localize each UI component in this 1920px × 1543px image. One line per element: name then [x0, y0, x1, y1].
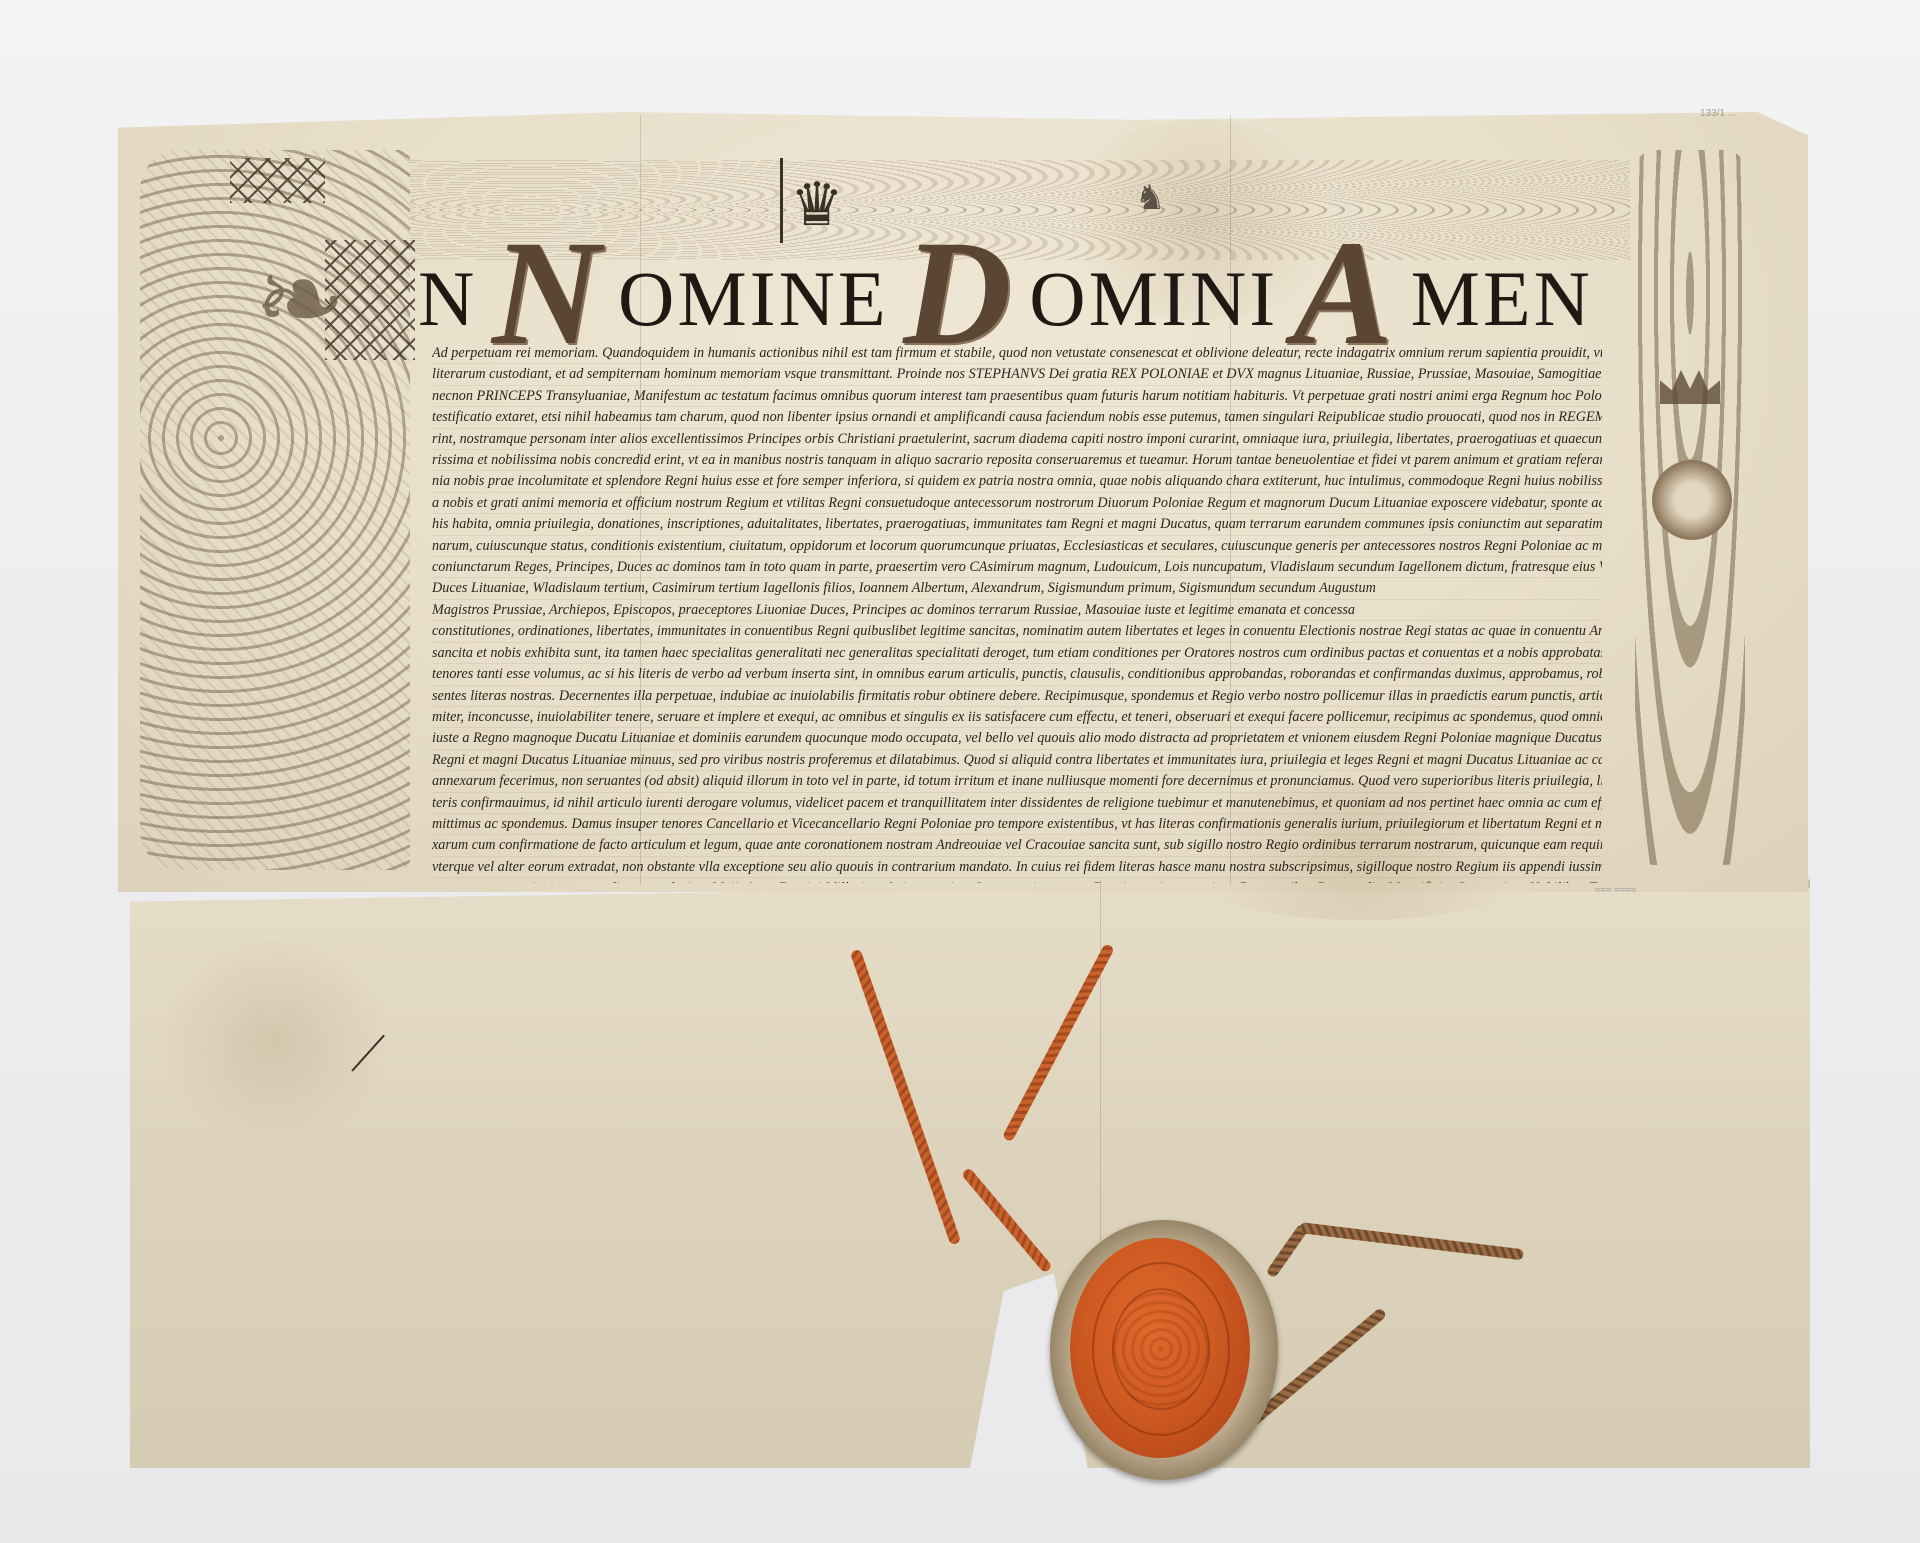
- text-line: Duces Lituaniae, Wladislaum tertium, Cas…: [432, 578, 1602, 599]
- crease-line: [1100, 880, 1101, 1300]
- charter-body-text: Ad perpetuam rei memoriam. Quandoquidem …: [432, 343, 1602, 883]
- text-line: coniunctarum Reges, Principes, Duces ac …: [432, 557, 1602, 578]
- text-line: a nobis et grati animi memoria et offici…: [432, 493, 1602, 514]
- text-line: nia nobis prae incolumitate et splendore…: [432, 471, 1602, 492]
- crowned-eagle-icon: ❧: [245, 225, 355, 375]
- text-line: annexarum fecerimus, non seruantes (od a…: [432, 771, 1602, 792]
- text-line: necnon PRINCEPS Transyluaniae, Manifestu…: [432, 386, 1602, 407]
- text-line: literarum custodiant, et ad sempiternam …: [432, 364, 1602, 385]
- text-line: conuentu coronationis nostrae die quarta…: [432, 878, 1602, 883]
- text-line: rissima et nobilissima nobis concredid e…: [432, 450, 1602, 471]
- text-line: his habita, omnia priuilegia, donationes…: [432, 514, 1602, 535]
- title-word: OMINI: [1029, 260, 1278, 338]
- text-line: rint, nostramque personam inter alios ex…: [432, 429, 1602, 450]
- seal-heraldic-center-icon: [1112, 1288, 1210, 1410]
- text-line: Ad perpetuam rei memoriam. Quandoquidem …: [432, 343, 1602, 364]
- winged-cherub-icon: [1652, 460, 1732, 540]
- knotwork-lattice-icon: [230, 158, 325, 203]
- text-line: vterque vel alter eorum extradat, non ob…: [432, 857, 1602, 878]
- horse-icon: ♞: [1135, 178, 1195, 218]
- text-line: narum, cuiuscunque status, conditionis e…: [432, 536, 1602, 557]
- archival-pencil-note-fold: ≈≈≈ ≈≈≈≈: [1595, 885, 1715, 915]
- text-line: Regni et magni Ducatus Lituaniae minuus,…: [432, 750, 1602, 771]
- text-line: Magistros Prussiae, Archiepos, Episcopos…: [432, 600, 1602, 621]
- invocation-title: N N OMINE D OMINI A MEN: [418, 238, 1593, 338]
- text-line: miter, inconcusse, inuiolabiliter tenere…: [432, 707, 1602, 728]
- text-line: mittimus ac spondemus. Damus insuper ten…: [432, 814, 1602, 835]
- scepter-icon: [780, 158, 783, 243]
- text-line: constitutiones, ordinationes, libertates…: [432, 621, 1602, 642]
- king-figure-icon: ♛: [790, 160, 840, 250]
- archival-pencil-note: 133/1 ...: [1700, 108, 1736, 119]
- text-line: sancita et nobis exhibita sunt, ita tame…: [432, 643, 1602, 664]
- water-stain: [150, 940, 400, 1140]
- title-word: MEN: [1411, 260, 1593, 338]
- title-word: OMINE: [618, 260, 889, 338]
- text-line: teris confirmauimus, id nihil articulo i…: [432, 793, 1602, 814]
- text-line: tenores tanti esse volumus, ac si his li…: [432, 664, 1602, 685]
- text-line: testificatio extaret, etsi nihil habeamu…: [432, 407, 1602, 428]
- text-line: sentes literas nostras. Decernentes illa…: [432, 686, 1602, 707]
- title-letter: N: [418, 260, 477, 338]
- text-line: iuste a Regno magnoque Ducatu Lituaniae …: [432, 728, 1602, 749]
- text-line: xarum cum confirmatione de facto articul…: [432, 835, 1602, 856]
